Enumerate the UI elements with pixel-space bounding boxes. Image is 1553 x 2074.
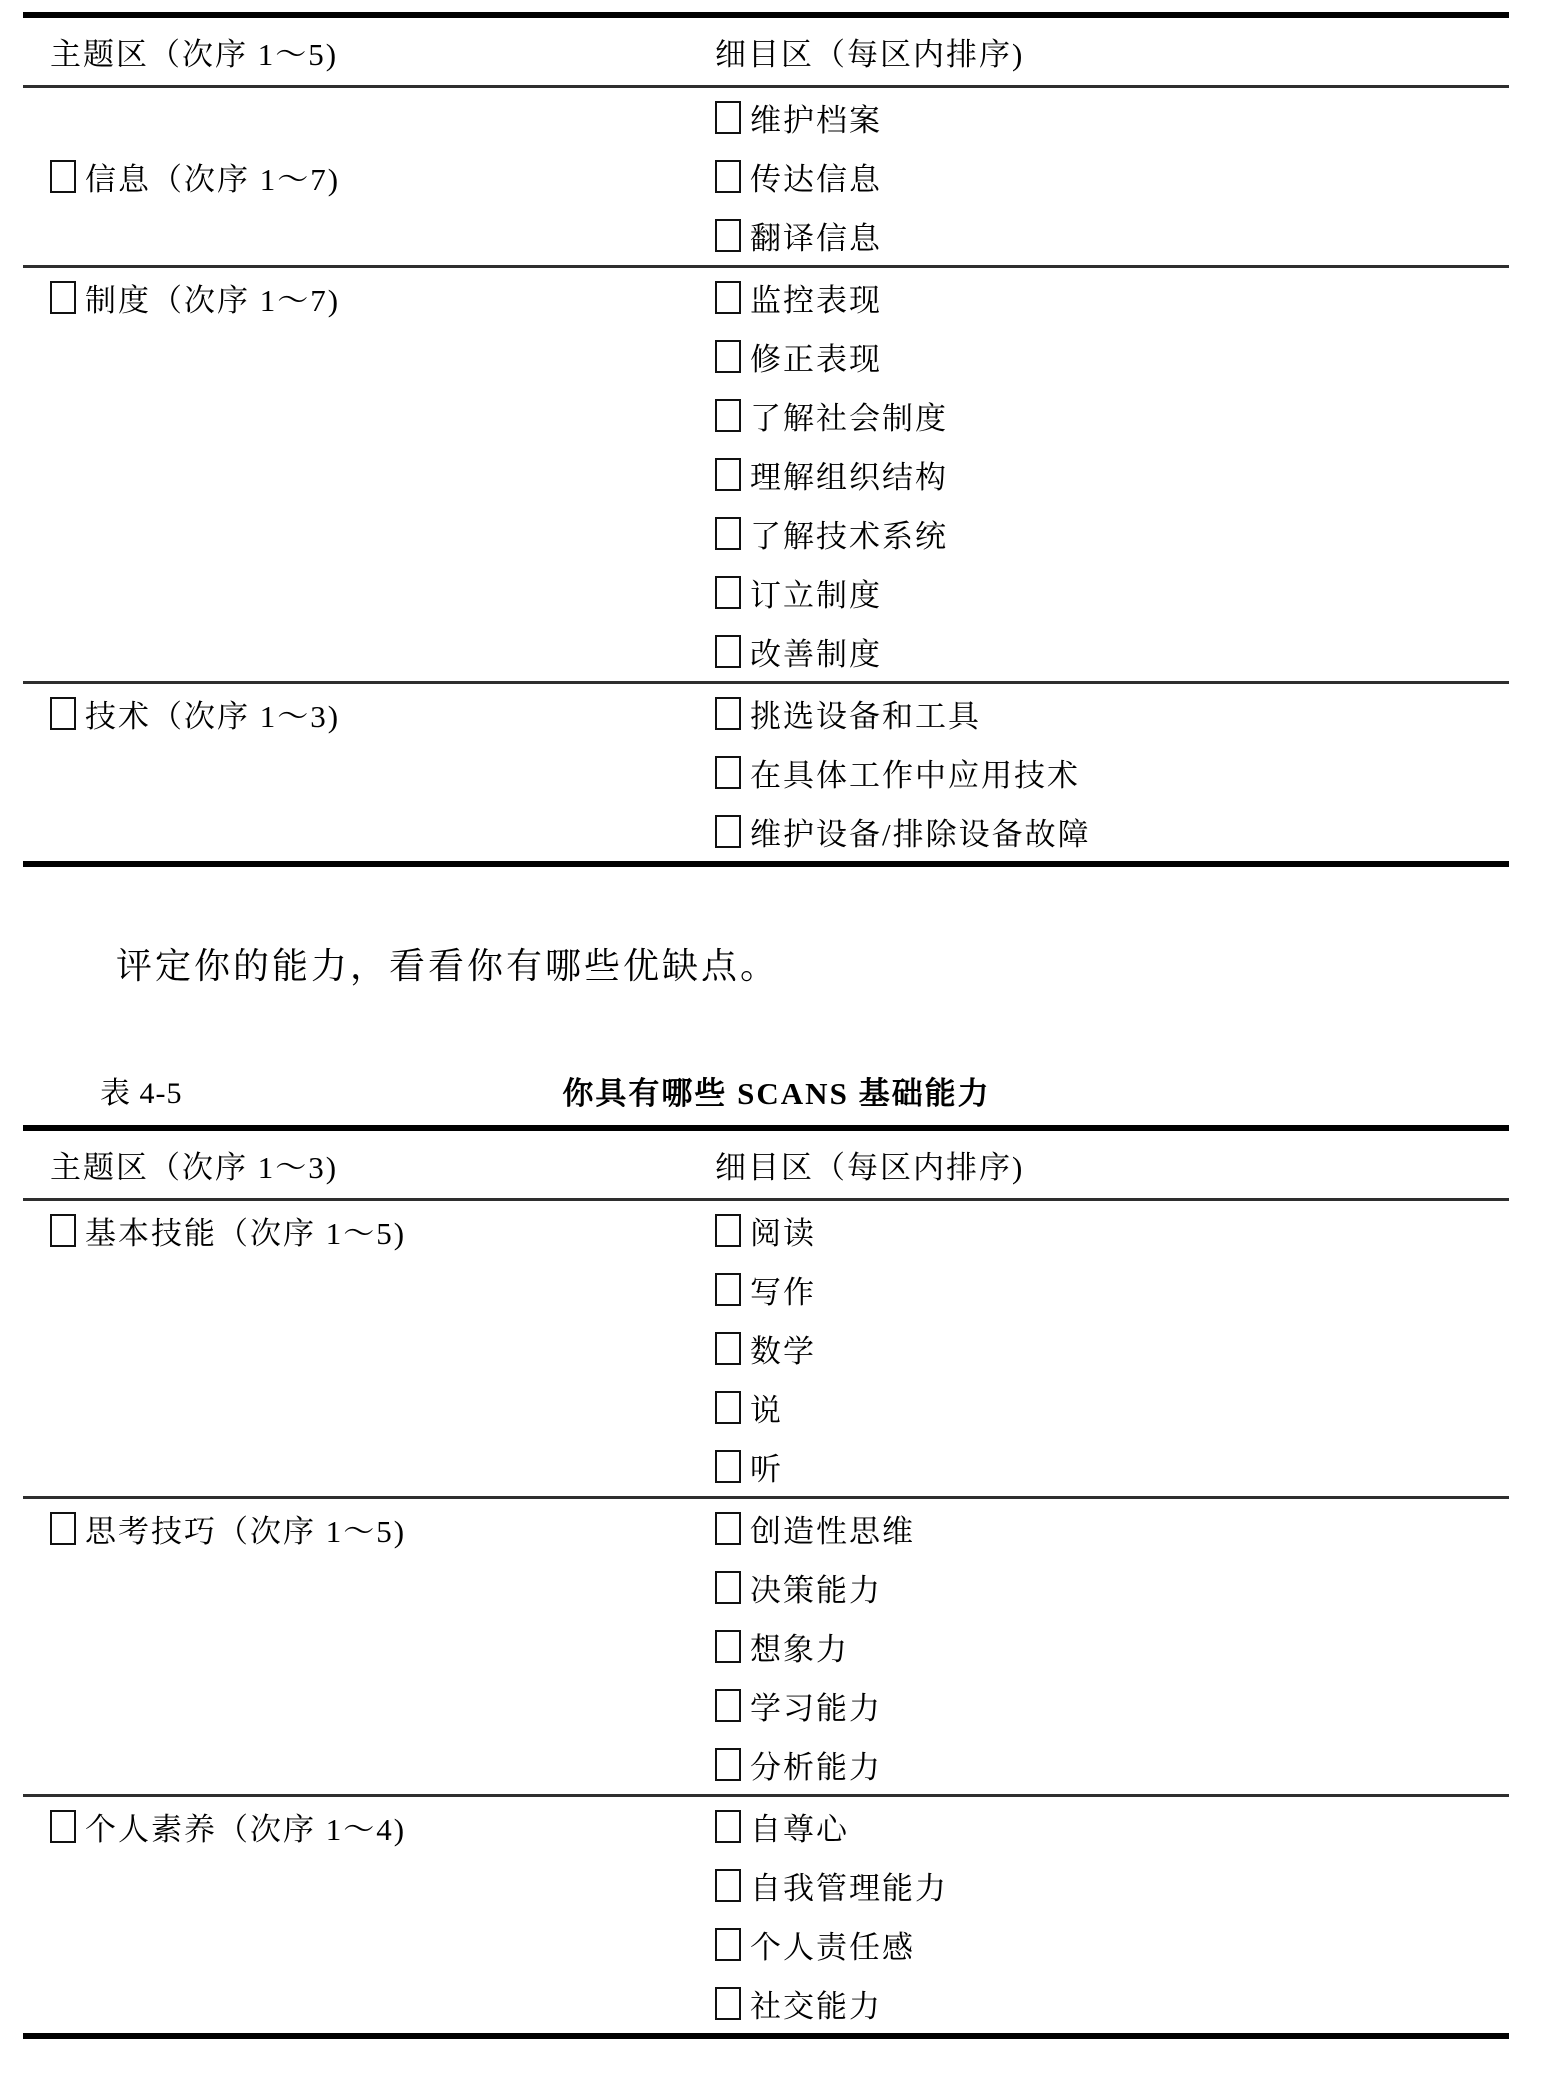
detail-item-label: 维护档案 [750, 95, 882, 140]
detail-item: 想象力 [715, 1617, 1509, 1676]
checkbox-icon [50, 697, 76, 730]
detail-item: 监控表现 [715, 268, 1509, 327]
detail-cell: 阅读写作数学说听 [715, 1201, 1509, 1496]
detail-item-label: 想象力 [750, 1624, 849, 1669]
topic-line: 基本技能（次序 1～5) [50, 1201, 715, 1260]
detail-item: 阅读 [715, 1201, 1509, 1260]
detail-item-label: 理解组织结构 [750, 452, 948, 497]
checkbox-icon [715, 340, 741, 373]
topic-label: 基本技能（次序 1～5) [85, 1208, 406, 1253]
checkbox-icon [715, 1273, 741, 1306]
checkbox-icon [715, 1630, 741, 1663]
checkbox-icon [50, 1214, 76, 1247]
detail-item-label: 翻译信息 [750, 213, 882, 258]
detail-item-label: 学习能力 [750, 1683, 882, 1728]
scans-competencies-table: 主题区（次序 1～5) 细目区（每区内排序) 信息（次序 1～7)维护档案传达信… [23, 12, 1509, 867]
detail-item: 维护设备/排除设备故障 [715, 802, 1509, 861]
detail-item: 传达信息 [715, 147, 1509, 206]
detail-item-label: 听 [750, 1444, 783, 1489]
checkbox-icon [715, 815, 741, 848]
topic-cell: 技术（次序 1～3) [23, 684, 715, 861]
table-header-row: 主题区（次序 1～5) 细目区（每区内排序) [23, 18, 1509, 88]
checkbox-icon [715, 517, 741, 550]
checkbox-icon [715, 1748, 741, 1781]
detail-item-label: 社交能力 [750, 1981, 882, 2026]
table-section-row: 个人素养（次序 1～4)自尊心自我管理能力个人责任感社交能力 [23, 1797, 1509, 2033]
topic-line: 思考技巧（次序 1～5) [50, 1499, 715, 1558]
detail-item-label: 在具体工作中应用技术 [750, 750, 1080, 795]
detail-cell: 自尊心自我管理能力个人责任感社交能力 [715, 1797, 1509, 2033]
detail-item: 订立制度 [715, 563, 1509, 622]
detail-item: 社交能力 [715, 1974, 1509, 2033]
detail-item-label: 个人责任感 [750, 1922, 915, 1967]
topic-cell: 信息（次序 1～7) [23, 88, 715, 265]
topic-label: 制度（次序 1～7) [85, 275, 340, 320]
detail-item: 个人责任感 [715, 1915, 1509, 1974]
detail-item: 数学 [715, 1319, 1509, 1378]
table-section-row: 思考技巧（次序 1～5)创造性思维决策能力想象力学习能力分析能力 [23, 1499, 1509, 1797]
detail-item-label: 自尊心 [750, 1804, 849, 1849]
detail-item-label: 传达信息 [750, 154, 882, 199]
detail-item-label: 创造性思维 [750, 1506, 915, 1551]
detail-item: 理解组织结构 [715, 445, 1509, 504]
detail-item: 决策能力 [715, 1558, 1509, 1617]
detail-item-label: 了解社会制度 [750, 393, 948, 438]
table-section-row: 基本技能（次序 1～5)阅读写作数学说听 [23, 1201, 1509, 1499]
detail-item: 改善制度 [715, 622, 1509, 681]
checkbox-icon [50, 160, 76, 193]
detail-item-label: 数学 [750, 1326, 816, 1371]
detail-item-label: 分析能力 [750, 1742, 882, 1787]
checkbox-icon [715, 1450, 741, 1483]
checkbox-icon [715, 281, 741, 314]
table-header-detail: 细目区（每区内排序) [715, 29, 1509, 74]
detail-cell: 挑选设备和工具在具体工作中应用技术维护设备/排除设备故障 [715, 684, 1509, 861]
detail-item-label: 修正表现 [750, 334, 882, 379]
document-page: 主题区（次序 1～5) 细目区（每区内排序) 信息（次序 1～7)维护档案传达信… [0, 0, 1553, 2074]
topic-cell: 制度（次序 1～7) [23, 268, 715, 681]
checkbox-icon [715, 1689, 741, 1722]
detail-item: 学习能力 [715, 1676, 1509, 1735]
detail-item-label: 改善制度 [750, 629, 882, 674]
detail-item-label: 维护设备/排除设备故障 [750, 809, 1091, 854]
checkbox-icon [715, 219, 741, 252]
detail-item: 翻译信息 [715, 206, 1509, 265]
checkbox-icon [715, 756, 741, 789]
topic-label: 思考技巧（次序 1～5) [85, 1506, 406, 1551]
checkbox-icon [715, 1512, 741, 1545]
detail-item-label: 挑选设备和工具 [750, 691, 981, 736]
topic-line: 个人素养（次序 1～4) [50, 1797, 715, 1856]
detail-item: 挑选设备和工具 [715, 684, 1509, 743]
checkbox-icon [715, 635, 741, 668]
table-header-row: 主题区（次序 1～3) 细目区（每区内排序) [23, 1131, 1509, 1201]
topic-line: 技术（次序 1～3) [50, 684, 715, 743]
table-title: 你具有哪些 SCANS 基础能力 [0, 1068, 1553, 1113]
detail-cell: 创造性思维决策能力想象力学习能力分析能力 [715, 1499, 1509, 1794]
detail-item: 听 [715, 1437, 1509, 1496]
table-header-topic: 主题区（次序 1～3) [23, 1142, 715, 1187]
detail-item: 了解社会制度 [715, 386, 1509, 445]
topic-cell: 个人素养（次序 1～4) [23, 1797, 715, 2033]
detail-item: 在具体工作中应用技术 [715, 743, 1509, 802]
checkbox-icon [50, 1810, 76, 1843]
table-section-row: 制度（次序 1～7)监控表现修正表现了解社会制度理解组织结构了解技术系统订立制度… [23, 268, 1509, 684]
topic-label: 技术（次序 1～3) [85, 691, 340, 736]
table-section-row: 技术（次序 1～3)挑选设备和工具在具体工作中应用技术维护设备/排除设备故障 [23, 684, 1509, 861]
topic-line: 信息（次序 1～7) [50, 147, 715, 206]
detail-item: 修正表现 [715, 327, 1509, 386]
detail-item-label: 监控表现 [750, 275, 882, 320]
table-section-row: 信息（次序 1～7)维护档案传达信息翻译信息 [23, 88, 1509, 268]
topic-line: 制度（次序 1～7) [50, 268, 715, 327]
detail-item: 写作 [715, 1260, 1509, 1319]
detail-item-label: 说 [750, 1385, 783, 1430]
checkbox-icon [715, 101, 741, 134]
checkbox-icon [715, 1391, 741, 1424]
table-number: 表 4-5 [100, 1068, 183, 1112]
checkbox-icon [50, 1512, 76, 1545]
detail-item: 说 [715, 1378, 1509, 1437]
checkbox-icon [715, 1928, 741, 1961]
table-caption: 表 4-5 你具有哪些 SCANS 基础能力 [0, 1068, 1553, 1112]
detail-item-label: 决策能力 [750, 1565, 882, 1610]
checkbox-icon [715, 1987, 741, 2020]
checkbox-icon [715, 399, 741, 432]
checkbox-icon [715, 1332, 741, 1365]
detail-item-label: 了解技术系统 [750, 511, 948, 556]
checkbox-icon [715, 160, 741, 193]
table-header-topic: 主题区（次序 1～5) [23, 29, 715, 74]
checkbox-icon [715, 1869, 741, 1902]
detail-item-label: 写作 [750, 1267, 816, 1312]
checkbox-icon [715, 697, 741, 730]
detail-item-label: 阅读 [750, 1208, 816, 1253]
topic-label: 个人素养（次序 1～4) [85, 1804, 406, 1849]
detail-item-label: 自我管理能力 [750, 1863, 948, 1908]
detail-item: 创造性思维 [715, 1499, 1509, 1558]
checkbox-icon [715, 1810, 741, 1843]
detail-item: 维护档案 [715, 88, 1509, 147]
detail-item-label: 订立制度 [750, 570, 882, 615]
topic-cell: 基本技能（次序 1～5) [23, 1201, 715, 1496]
checkbox-icon [715, 1214, 741, 1247]
scans-foundation-table: 主题区（次序 1～3) 细目区（每区内排序) 基本技能（次序 1～5)阅读写作数… [23, 1125, 1509, 2039]
detail-item: 自我管理能力 [715, 1856, 1509, 1915]
detail-cell: 监控表现修正表现了解社会制度理解组织结构了解技术系统订立制度改善制度 [715, 268, 1509, 681]
checkbox-icon [715, 576, 741, 609]
detail-item: 分析能力 [715, 1735, 1509, 1794]
checkbox-icon [715, 1571, 741, 1604]
checkbox-icon [715, 458, 741, 491]
detail-item: 自尊心 [715, 1797, 1509, 1856]
topic-cell: 思考技巧（次序 1～5) [23, 1499, 715, 1794]
checkbox-icon [50, 281, 76, 314]
topic-label: 信息（次序 1～7) [85, 154, 340, 199]
table-header-detail: 细目区（每区内排序) [715, 1142, 1509, 1187]
intro-paragraph: 评定你的能力，看看你有哪些优缺点。 [116, 938, 779, 989]
detail-item: 了解技术系统 [715, 504, 1509, 563]
detail-cell: 维护档案传达信息翻译信息 [715, 88, 1509, 265]
